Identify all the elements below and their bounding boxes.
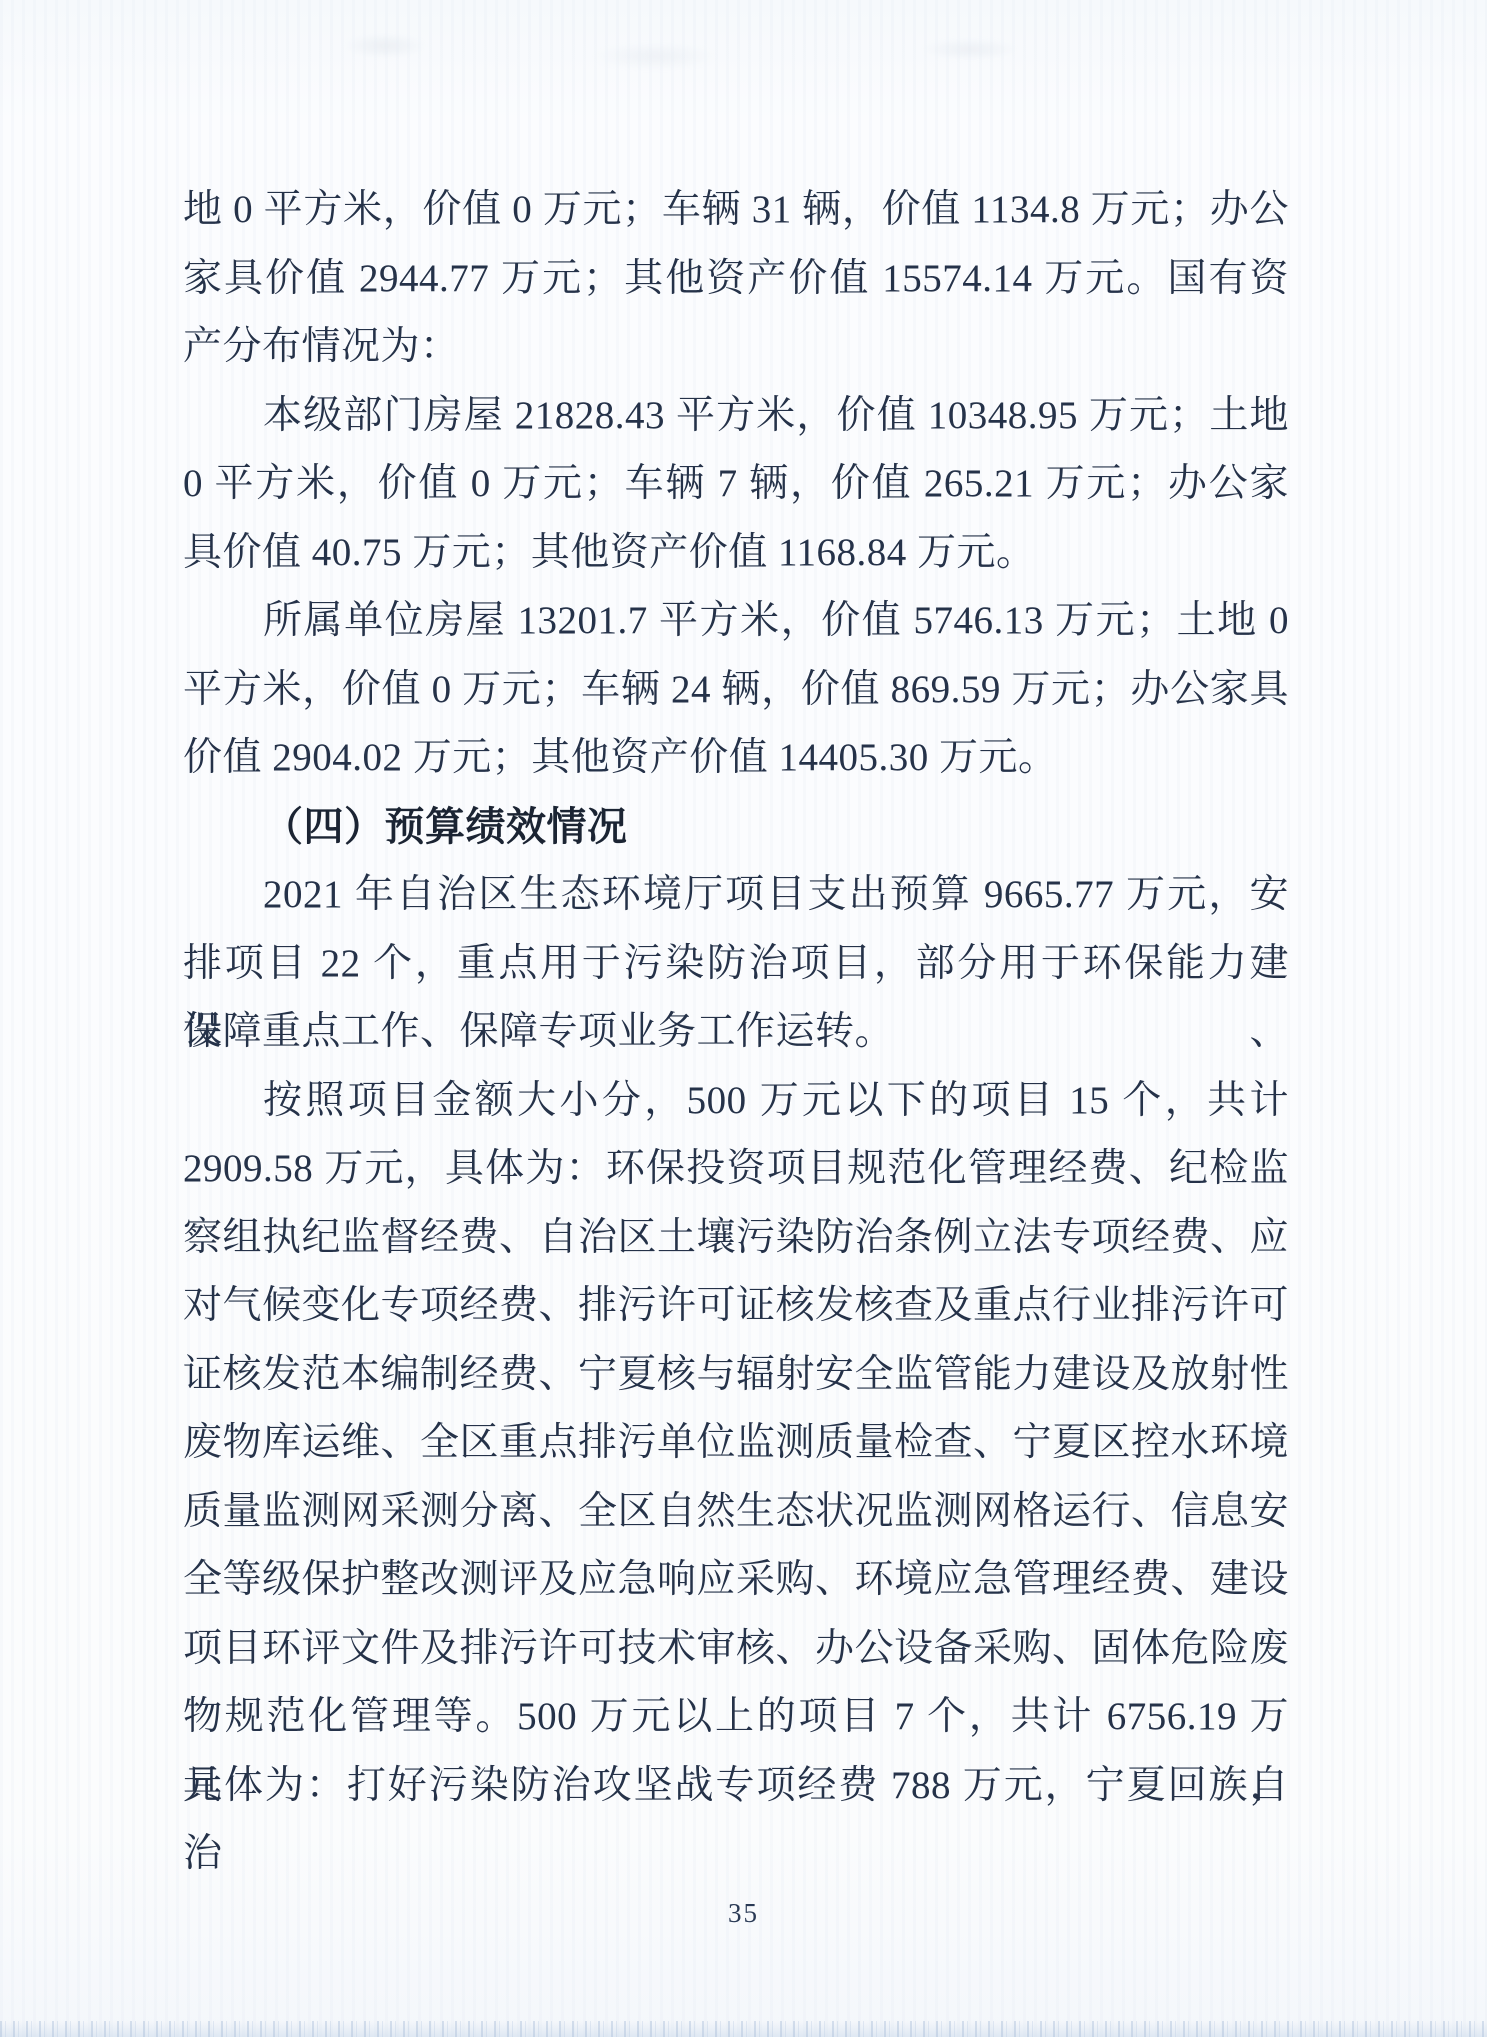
scanned-document-page: 地 0 平方米，价值 0 万元；车辆 31 辆，价值 1134.8 万元；办公 … — [0, 0, 1487, 2037]
text-line: 产分布情况为： — [183, 313, 1289, 382]
page-number: 35 — [0, 1898, 1487, 1929]
text-line: 具价值 40.75 万元；其他资产价值 1168.84 万元。 — [183, 519, 1289, 588]
text-line: 全等级保护整改测评及应急响应采购、环境应急管理经费、建设 — [183, 1546, 1289, 1615]
text-line: 废物库运维、全区重点排污单位监测质量检查、宁夏区控水环境 — [183, 1409, 1289, 1478]
text-line: 价值 2904.02 万元；其他资产价值 14405.30 万元。 — [183, 724, 1289, 793]
text-line: 对气候变化专项经费、排污许可证核发核查及重点行业排污许可 — [183, 1272, 1289, 1341]
text-line: 地 0 平方米，价值 0 万元；车辆 31 辆，价值 1134.8 万元；办公 — [183, 176, 1289, 245]
text-line: 0 平方米，价值 0 万元；车辆 7 辆，价值 265.21 万元；办公家 — [183, 450, 1289, 519]
page-body: 地 0 平方米，价值 0 万元；车辆 31 辆，价值 1134.8 万元；办公 … — [183, 176, 1289, 1820]
text-line: 具体为：打好污染防治攻坚战专项经费 788 万元，宁夏回族自治 — [183, 1752, 1289, 1821]
text-line: 项目环评文件及排污许可技术审核、办公设备采购、固体危险废 — [183, 1615, 1289, 1684]
text-line: 平方米，价值 0 万元；车辆 24 辆，价值 869.59 万元；办公家具 — [183, 656, 1289, 725]
section-heading: （四）预算绩效情况 — [183, 793, 1289, 862]
text-line: 排项目 22 个，重点用于污染防治项目，部分用于环保能力建设、 — [183, 930, 1289, 999]
text-line: 物规范化管理等。500 万元以上的项目 7 个，共计 6756.19 万元， — [183, 1683, 1289, 1752]
text-line: 证核发范本编制经费、宁夏核与辐射安全监管能力建设及放射性 — [183, 1341, 1289, 1410]
text-line: 2909.58 万元，具体为：环保投资项目规范化管理经费、纪检监 — [183, 1135, 1289, 1204]
text-line: 所属单位房屋 13201.7 平方米，价值 5746.13 万元；土地 0 — [183, 587, 1289, 656]
scan-edge-artifact — [0, 2021, 1487, 2037]
scan-ghost-artifact — [250, 18, 1150, 88]
text-line: 按照项目金额大小分，500 万元以下的项目 15 个，共计 — [183, 1067, 1289, 1136]
text-line: 家具价值 2944.77 万元；其他资产价值 15574.14 万元。国有资 — [183, 245, 1289, 314]
text-line: 2021 年自治区生态环境厅项目支出预算 9665.77 万元，安 — [183, 861, 1289, 930]
text-line: 本级部门房屋 21828.43 平方米，价值 10348.95 万元；土地 — [183, 382, 1289, 451]
text-line: 质量监测网采测分离、全区自然生态状况监测网格运行、信息安 — [183, 1478, 1289, 1547]
text-line: 察组执纪监督经费、自治区土壤污染防治条例立法专项经费、应 — [183, 1204, 1289, 1273]
